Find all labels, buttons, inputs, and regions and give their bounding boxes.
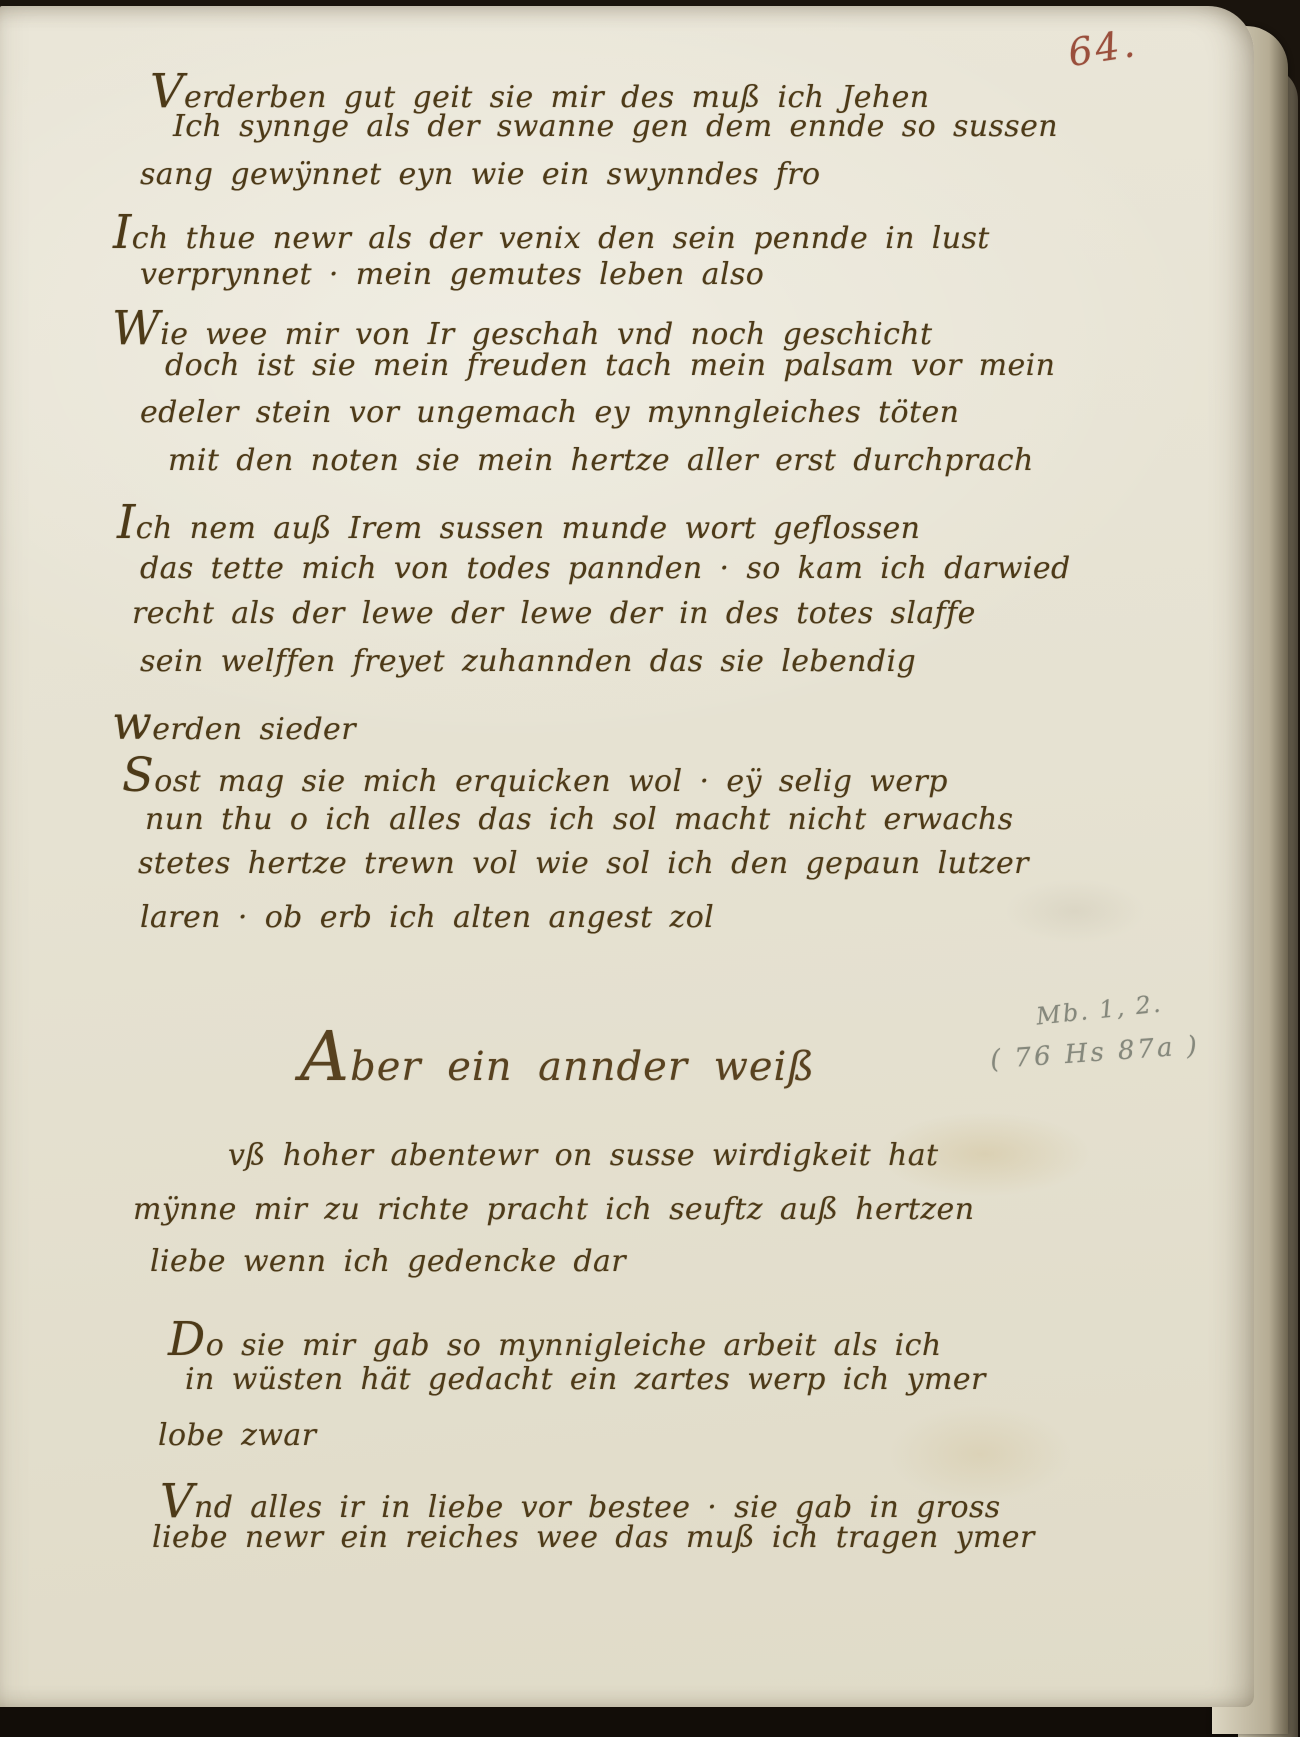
- text-line: mit den noten sie mein hertze aller erst…: [168, 443, 1034, 478]
- text-line: in wüsten hät gedacht ein zartes werp ic…: [185, 1362, 986, 1397]
- pencil-annotation: Mb. 1, 2.: [1035, 989, 1164, 1030]
- manuscript-page: 64. Verderben gut geit sie mir des muß i…: [0, 6, 1254, 1707]
- text-line: sang gewÿnnet eyn wie ein swynndes fro: [140, 157, 821, 192]
- text-line: nun thu o ich alles das ich sol macht ni…: [145, 802, 1013, 837]
- text-line: recht als der lewe der lewe der in des t…: [132, 596, 976, 631]
- pencil-annotation: ( 76 Hs 87a ): [989, 1031, 1201, 1076]
- text-line: stetes hertze trewn vol wie sol ich den …: [138, 846, 1029, 881]
- text-line: liebe newr ein reiches wee das muß ich t…: [152, 1520, 1035, 1555]
- text-line: Wie wee mir von Ir geschah vnd noch gesc…: [112, 301, 932, 355]
- text-line: verprynnet · mein gemutes leben also: [140, 257, 764, 292]
- text-line: vß hoher abentewr on susse wirdigkeit ha…: [228, 1138, 939, 1173]
- text-line: Sost mag sie mich erquicken wol · eÿ sel…: [122, 748, 948, 802]
- text-line: liebe wenn ich gedencke dar: [150, 1244, 626, 1279]
- section-heading: Aber ein annder weiß: [300, 1018, 815, 1097]
- folio-number: 64.: [1065, 21, 1140, 75]
- text-line: Ich synnge als der swanne gen dem ennde …: [173, 109, 1058, 144]
- text-line: doch ist sie mein freuden tach mein pals…: [165, 348, 1055, 383]
- text-line: Do sie mir gab so mynnigleiche arbeit al…: [168, 1312, 942, 1366]
- photo-background: 64. Verderben gut geit sie mir des muß i…: [0, 0, 1300, 1737]
- text-line: laren · ob erb ich alten angest zol: [140, 900, 714, 935]
- text-line: lobe zwar: [158, 1418, 316, 1453]
- text-line: edeler stein vor ungemach ey mynngleiche…: [140, 395, 959, 430]
- text-line: das tette mich von todes pannden · so ka…: [140, 551, 1071, 586]
- text-line: Ich nem auß Irem sussen munde wort geflo…: [117, 495, 920, 549]
- text-line: werden sieder: [112, 696, 356, 750]
- text-line: Ich thue newr als der venix den sein pen…: [113, 205, 990, 259]
- text-line: mÿnne mir zu richte pracht ich seuftz au…: [133, 1192, 974, 1227]
- text-line: sein welffen freyet zuhannden das sie le…: [140, 644, 916, 679]
